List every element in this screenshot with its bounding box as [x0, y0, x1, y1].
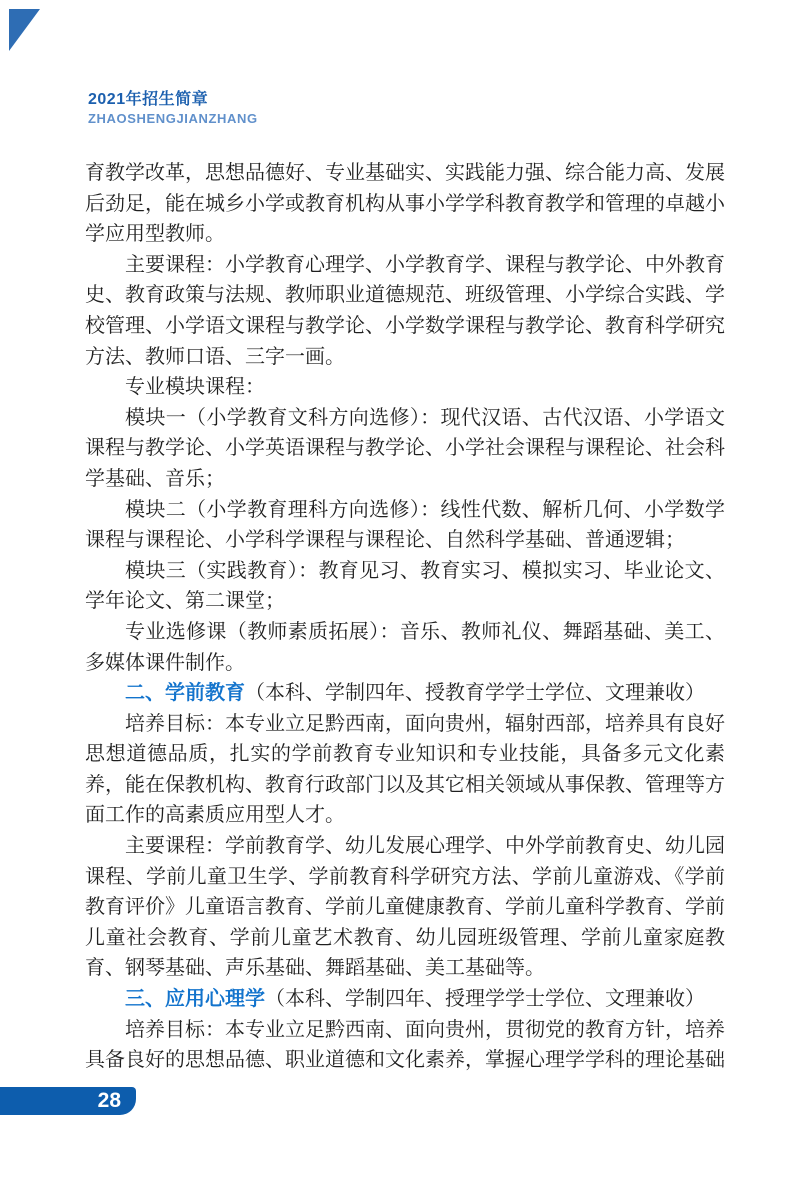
- brochure-page: 2021年招生简章 ZHAOSHENGJIANZHANG 育教学改革，思想品德好…: [0, 0, 805, 1191]
- header-subtitle: ZHAOSHENGJIANZHANG: [88, 111, 258, 126]
- section-heading-preschool-education: 二、学前教育（本科、学制四年、授教育学学士学位、文理兼收）: [85, 678, 725, 709]
- corner-triangle-decoration: [9, 9, 40, 51]
- page-number-badge: 28: [0, 1087, 136, 1115]
- paragraph-module-two: 模块二（小学教育理科方向选修）：线性代数、解析几何、小学数学课程与课程论、小学科…: [85, 495, 725, 556]
- paragraph-module-three: 模块三（实践教育）：教育见习、教育实习、模拟实习、毕业论文、学年论文、第二课堂；: [85, 556, 725, 617]
- paragraph-preschool-goal: 培养目标：本专业立足黔西南，面向贵州，辐射西部，培养具有良好思想道德品质，扎实的…: [85, 709, 725, 831]
- section-heading-psychology-detail: （本科、学制四年、授理学学士学位、文理兼收）: [265, 988, 705, 1010]
- header-title: 2021年招生简章: [88, 86, 258, 109]
- section-heading-preschool-detail: （本科、学制四年、授教育学学士学位、文理兼收）: [245, 682, 705, 704]
- section-heading-applied-psychology: 三、应用心理学（本科、学制四年、授理学学士学位、文理兼收）: [85, 984, 725, 1015]
- paragraph-continuation: 育教学改革，思想品德好、专业基础实、实践能力强、综合能力高、发展后劲足，能在城乡…: [85, 158, 725, 250]
- page-number: 28: [98, 1089, 121, 1113]
- paragraph-module-courses-label: 专业模块课程：: [85, 372, 725, 403]
- body-content: 育教学改革，思想品德好、专业基础实、实践能力强、综合能力高、发展后劲足，能在城乡…: [85, 158, 725, 1076]
- paragraph-module-one: 模块一（小学教育文科方向选修）：现代汉语、古代汉语、小学语文课程与教学论、小学英…: [85, 403, 725, 495]
- paragraph-main-courses-primary: 主要课程：小学教育心理学、小学教育学、课程与教学论、中外教育史、教育政策与法规、…: [85, 250, 725, 372]
- section-heading-preschool-label: 二、学前教育: [125, 682, 245, 704]
- page-header: 2021年招生简章 ZHAOSHENGJIANZHANG: [88, 86, 258, 126]
- section-heading-psychology-label: 三、应用心理学: [125, 988, 265, 1010]
- paragraph-psychology-goal: 培养目标：本专业立足黔西南、面向贵州，贯彻党的教育方针，培养具备良好的思想品德、…: [85, 1015, 725, 1076]
- paragraph-elective-courses: 专业选修课（教师素质拓展）：音乐、教师礼仪、舞蹈基础、美工、多媒体课件制作。: [85, 617, 725, 678]
- paragraph-preschool-courses: 主要课程：学前教育学、幼儿发展心理学、中外学前教育史、幼儿园课程、学前儿童卫生学…: [85, 831, 725, 984]
